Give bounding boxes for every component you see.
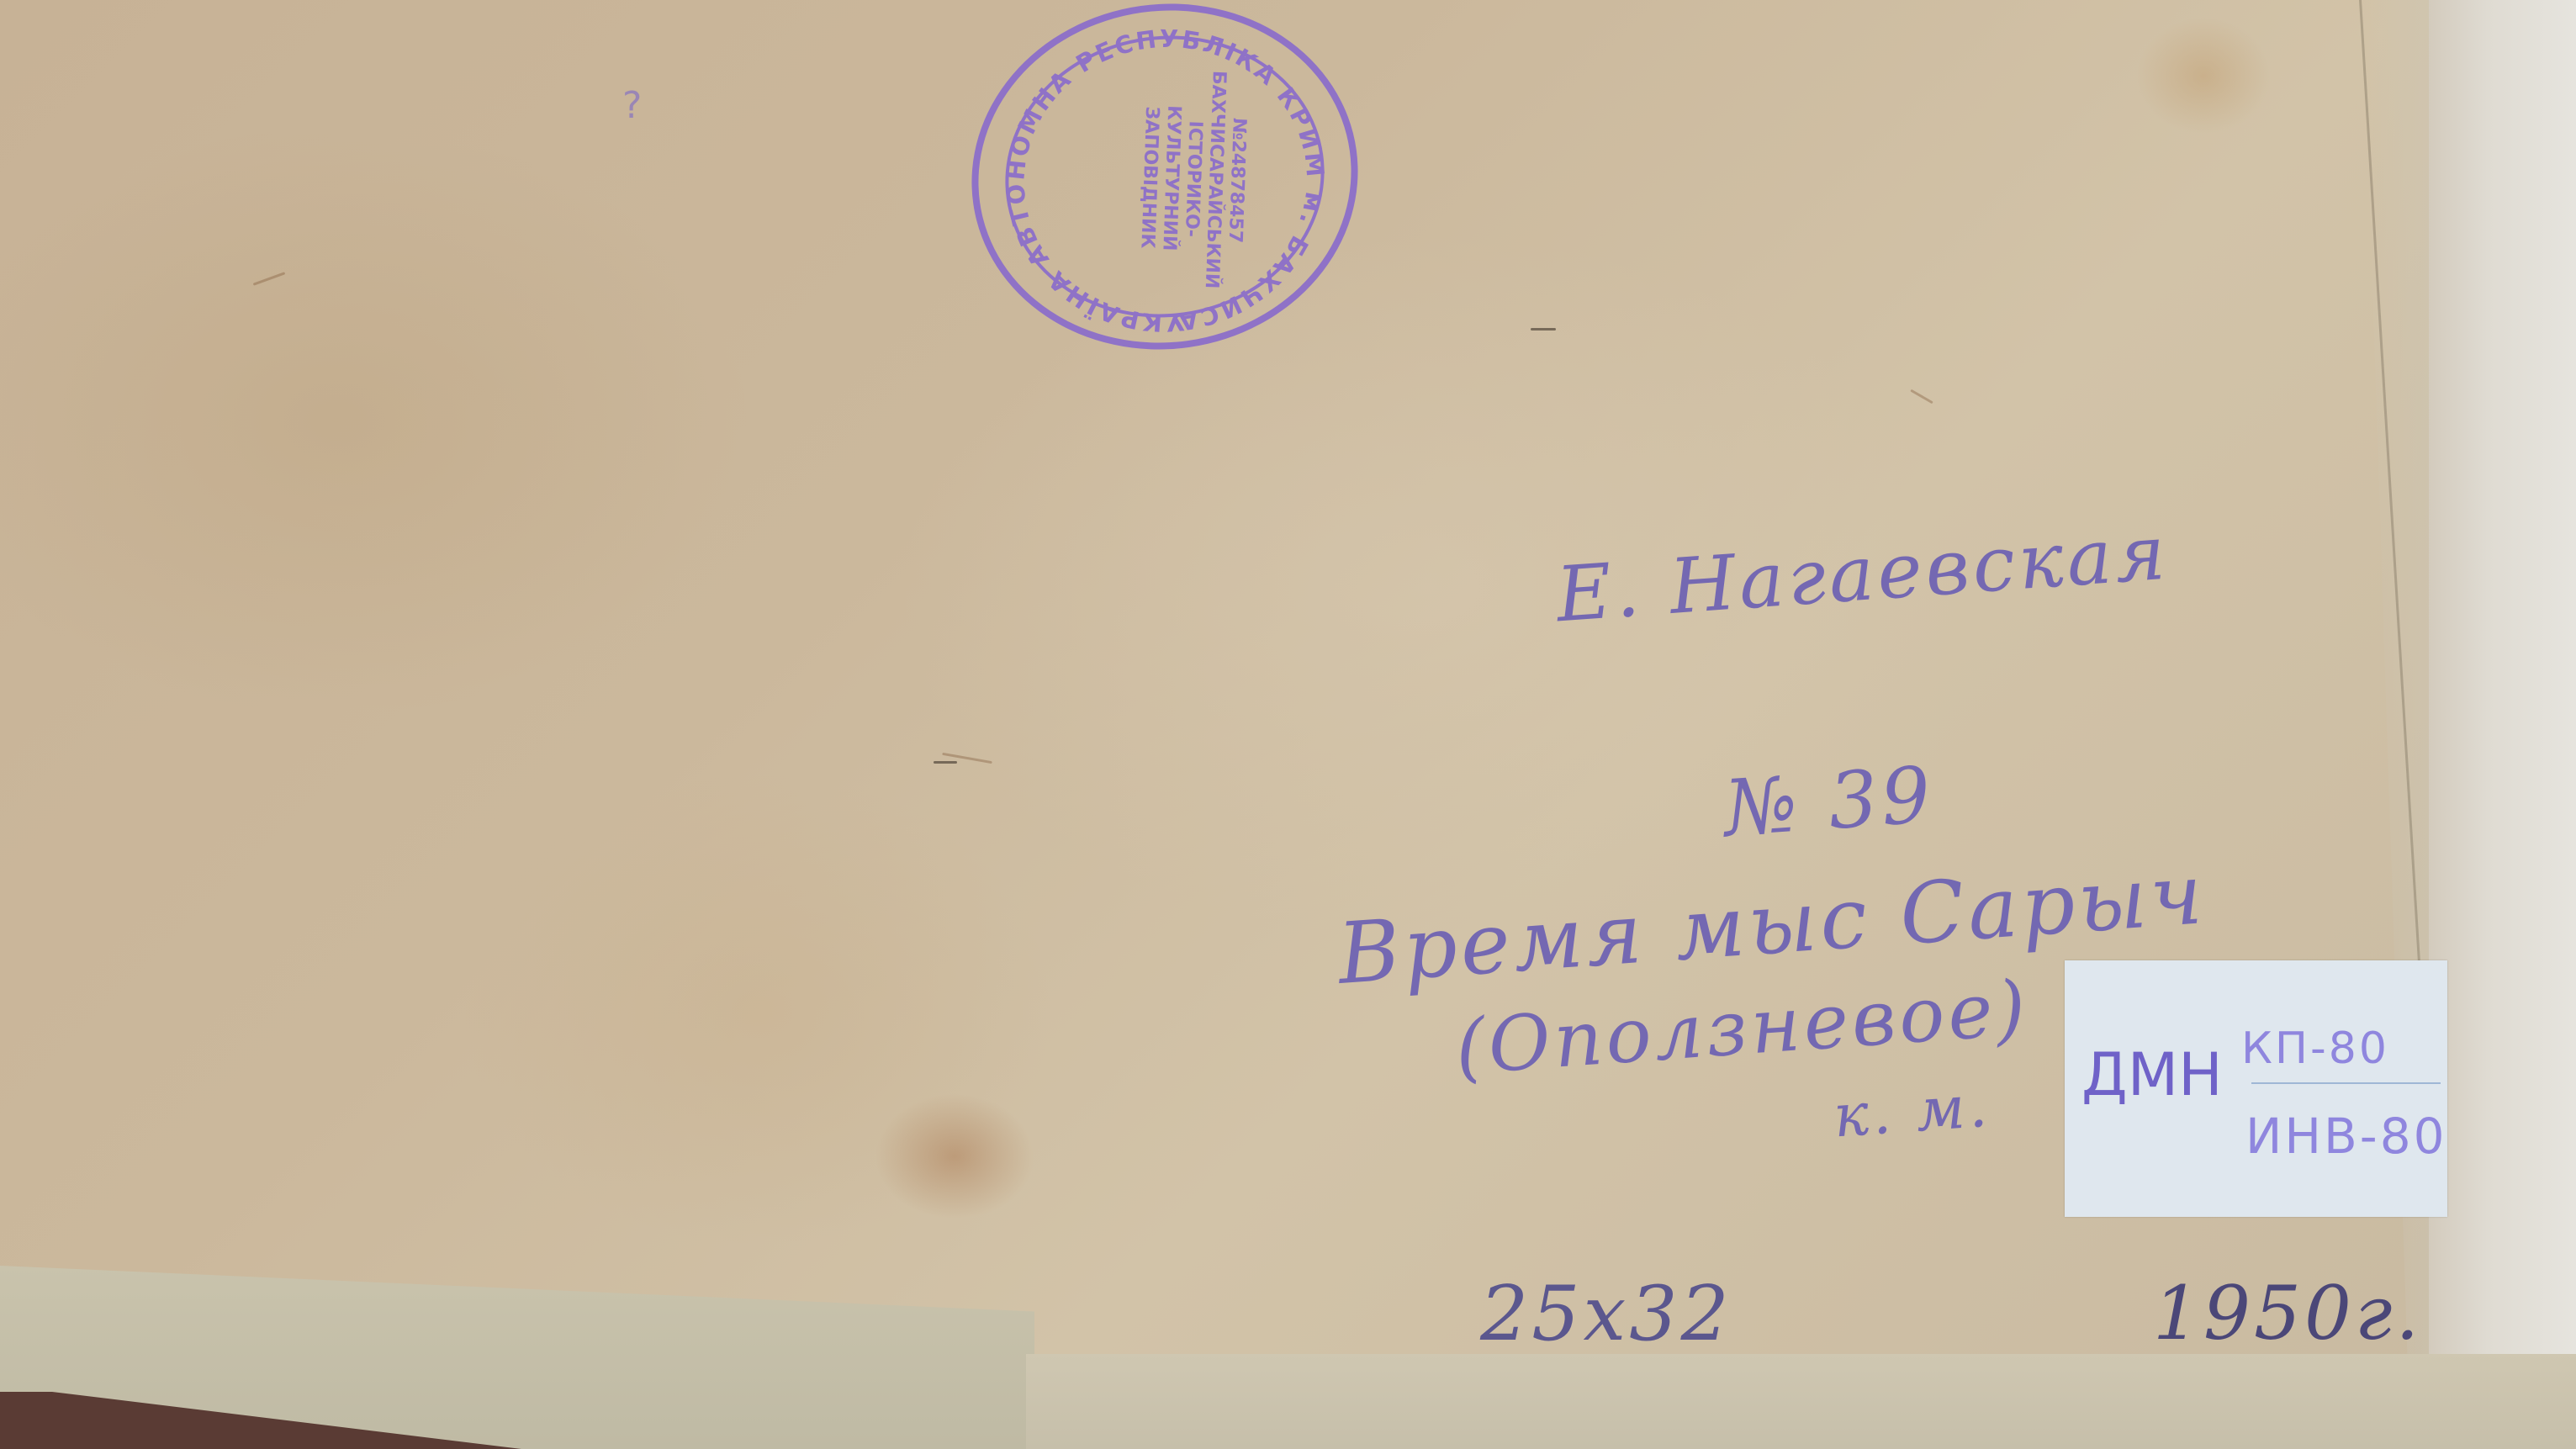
stamp-ring-text: УКРАЇНА АВТОНОМНА РЕСПУБЛІКА КРИМ м. БАХ… [957,0,1373,367]
catalog-number: № 39 [1722,749,1937,854]
svg-text:УКРАЇНА АВТОНОМНА РЕСПУБЛІКА К: УКРАЇНА АВТОНОМНА РЕСПУБЛІКА КРИМ м. БАХ… [957,0,1351,363]
fiber [1531,328,1556,331]
stamp-code: №24878457 [1221,62,1251,299]
artwork-edge [2429,0,2576,1449]
label-divider [2251,1082,2441,1084]
stain [875,1093,1034,1219]
stamp-line: ІСТОРИКО-КУЛЬТУРНИЙ [1156,60,1208,297]
dimensions: 25x32 [1480,1270,1732,1358]
stamp-line: ЗАПОВІДНИК [1134,60,1164,296]
faint-ink-mark: ? [622,84,642,127]
year: 1950г. [2153,1270,2422,1356]
stamp-line: БАХЧИСАРАЙСЬКИЙ [1199,61,1230,298]
paper-tape [1026,1354,2576,1449]
stamp-center-text: №24878457 БАХЧИСАРАЙСЬКИЙ ІСТОРИКО-КУЛЬТ… [1092,58,1252,299]
inventory-label: ДМН КП-80 ИНВ-80 [2065,960,2447,1217]
label-inv-number: ИНВ-80 [2245,1108,2447,1165]
label-museum-code: ДМН [2081,1040,2223,1109]
technique-note: к. м. [1831,1071,1992,1151]
stain [2136,17,2271,135]
label-kp-number: КП-80 [2241,1023,2389,1074]
fiber [934,761,957,764]
museum-stamp: УКРАЇНА АВТОНОМНА РЕСПУБЛІКА КРИМ м. БАХ… [949,0,1381,374]
